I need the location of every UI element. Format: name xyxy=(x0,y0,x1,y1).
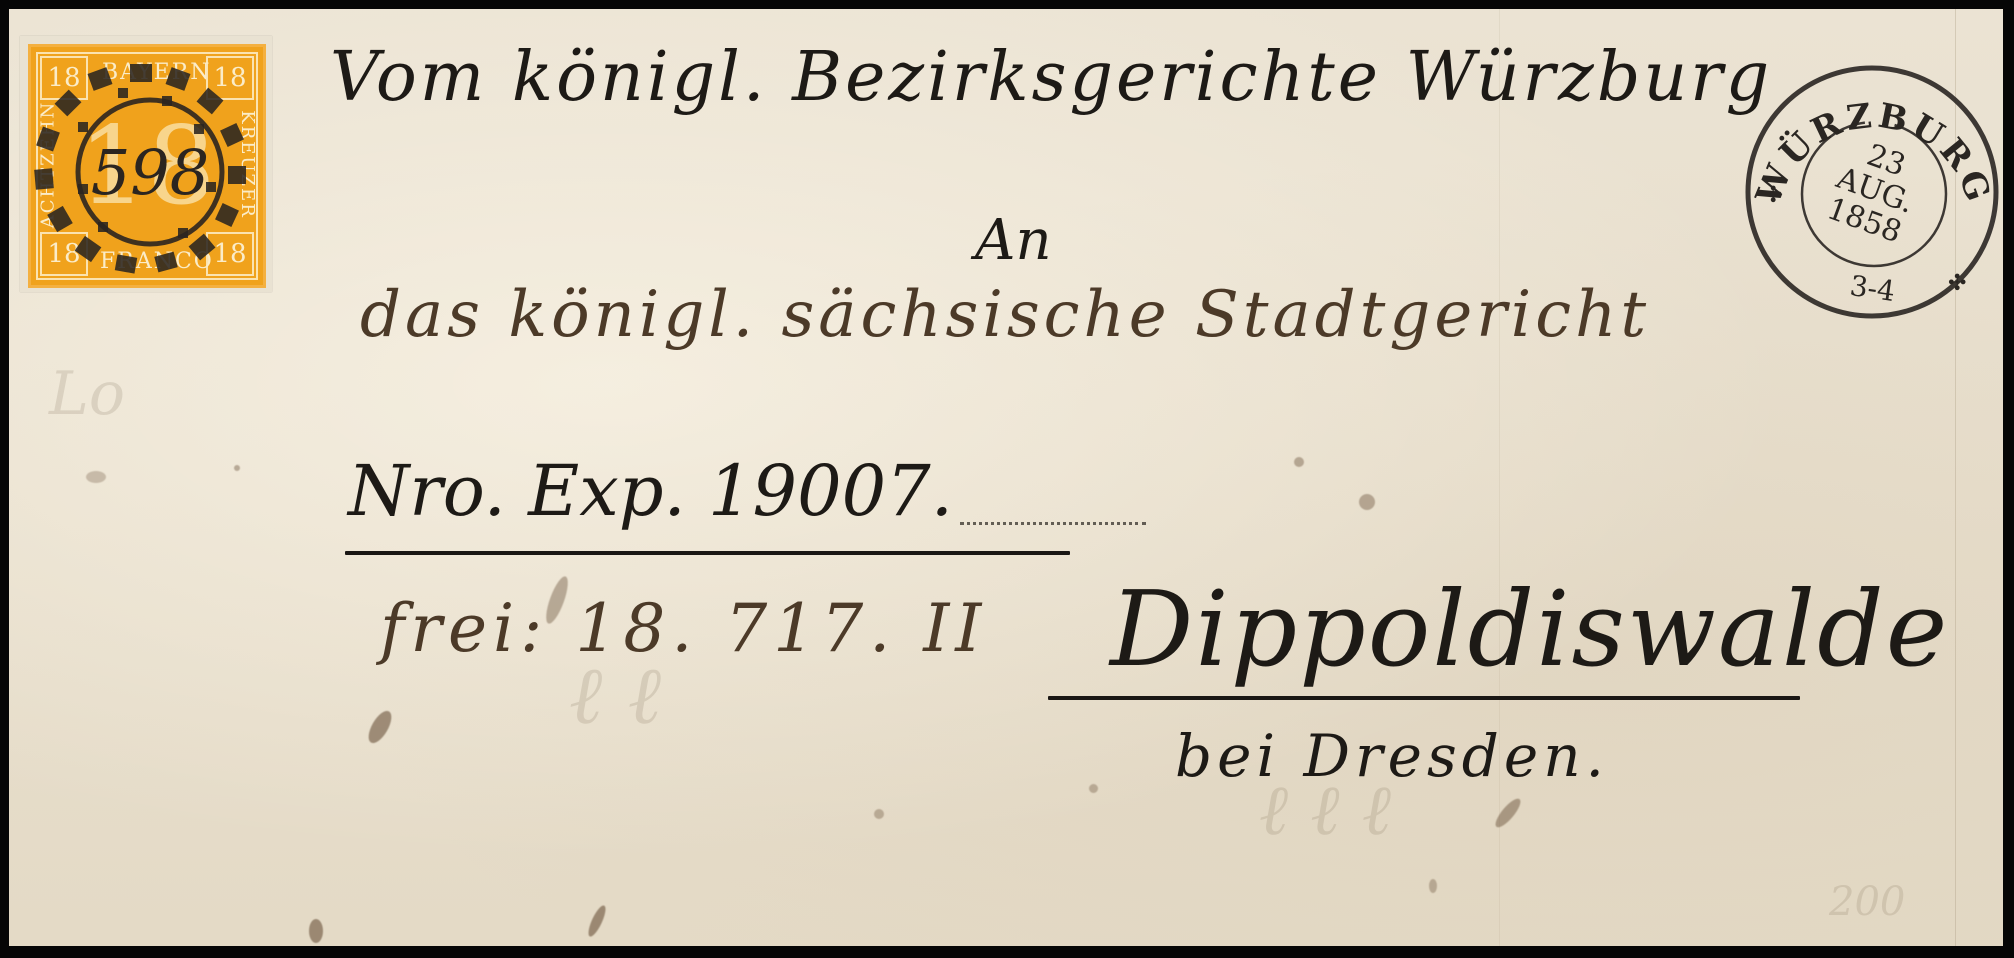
mill-wheel-cancel: 598 xyxy=(28,44,266,288)
bleed-through-mark: 200 xyxy=(1829,879,1905,925)
ink-blot xyxy=(1429,879,1437,893)
ink-blot xyxy=(585,903,608,938)
ink-blot xyxy=(1294,457,1304,467)
ink-blot xyxy=(364,707,396,746)
postmark-ornament: ✣ xyxy=(1764,183,1782,208)
bleed-through-mark: Lo xyxy=(49,359,125,429)
ink-blot xyxy=(1492,795,1524,830)
to-label: An xyxy=(975,208,1052,273)
ink-blot xyxy=(86,471,106,483)
envelope-paper: Lo ℓ ℓ ℓ ℓ ℓ 200 xyxy=(9,9,2003,946)
franking-line: frei: 18. 717. II xyxy=(380,590,987,667)
ink-blot xyxy=(309,919,323,943)
underline-destination xyxy=(1048,696,1800,700)
postmark-time: 3-4 xyxy=(1848,269,1897,308)
fold-line xyxy=(1499,9,1500,946)
ink-blot xyxy=(234,465,240,471)
dotted-leader xyxy=(960,522,1146,525)
ink-blot xyxy=(1089,784,1098,793)
destination-sub: bei Dresden. xyxy=(1175,722,1609,790)
postmark-ornament: ✣ xyxy=(1948,271,1966,296)
reference-line: Nro. Exp. 19007. xyxy=(348,450,953,532)
destination: Dippoldiswalde xyxy=(1110,568,1949,690)
underline-reference xyxy=(345,551,1070,555)
wuerzburg-postmark: WÜRZBURG 23 AUG. 1858 3-4 ✣ ✣ xyxy=(1742,62,2002,322)
recipient-line: das königl. sächsische Stadtgericht xyxy=(360,278,1650,352)
sender-line: Vom königl. Bezirksgerichte Würzburg xyxy=(330,38,1772,117)
ink-blot xyxy=(874,809,884,819)
cancel-number: 598 xyxy=(91,136,209,209)
ink-blot xyxy=(1359,494,1375,510)
